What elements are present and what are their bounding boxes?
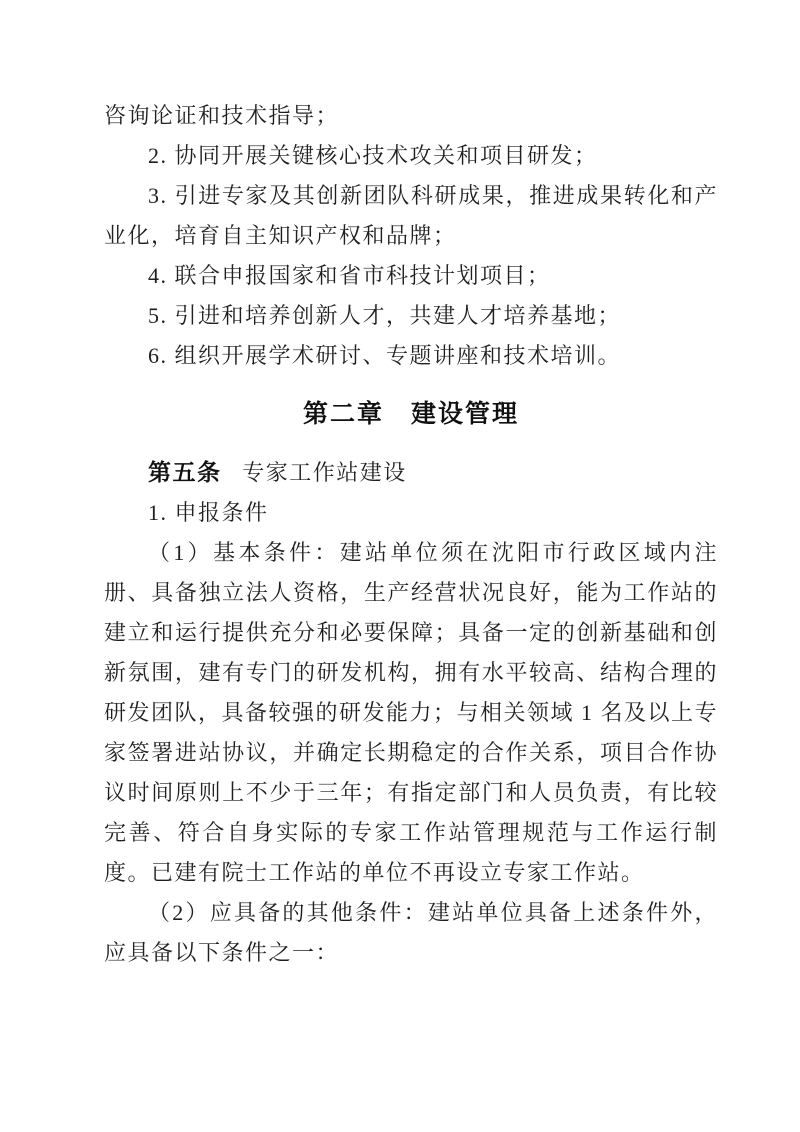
list-item-4: 4. 联合申报国家和省市科技计划项目； <box>104 256 718 296</box>
article-line: 第五条专家工作站建设 <box>104 452 718 493</box>
sub-heading-application-conditions: 1. 申报条件 <box>104 493 718 533</box>
list-item-2: 2. 协同开展关键核心技术攻关和项目研发； <box>104 136 718 176</box>
paragraph-basic-conditions: （1）基本条件：建站单位须在沈阳市行政区域内注册、具备独立法人资格，生产经营状况… <box>104 533 718 893</box>
list-item-5: 5. 引进和培养创新人才，共建人才培养基地； <box>104 296 718 336</box>
document-page: 咨询论证和技术指导； 2. 协同开展关键核心技术攻关和项目研发； 3. 引进专家… <box>0 0 800 1132</box>
chapter-heading: 第二章 建设管理 <box>104 392 718 436</box>
paragraph-continuation: 咨询论证和技术指导； <box>104 96 718 136</box>
article-number: 第五条 <box>148 459 222 485</box>
list-item-3: 3. 引进专家及其创新团队科研成果，推进成果转化和产业化，培育自主知识产权和品牌… <box>104 176 718 256</box>
list-item-6: 6. 组织开展学术研讨、专题讲座和技术培训。 <box>104 336 718 376</box>
paragraph-other-conditions: （2）应具备的其他条件：建站单位具备上述条件外，应具备以下条件之一： <box>104 893 718 973</box>
article-title: 专家工作站建设 <box>242 460 407 485</box>
